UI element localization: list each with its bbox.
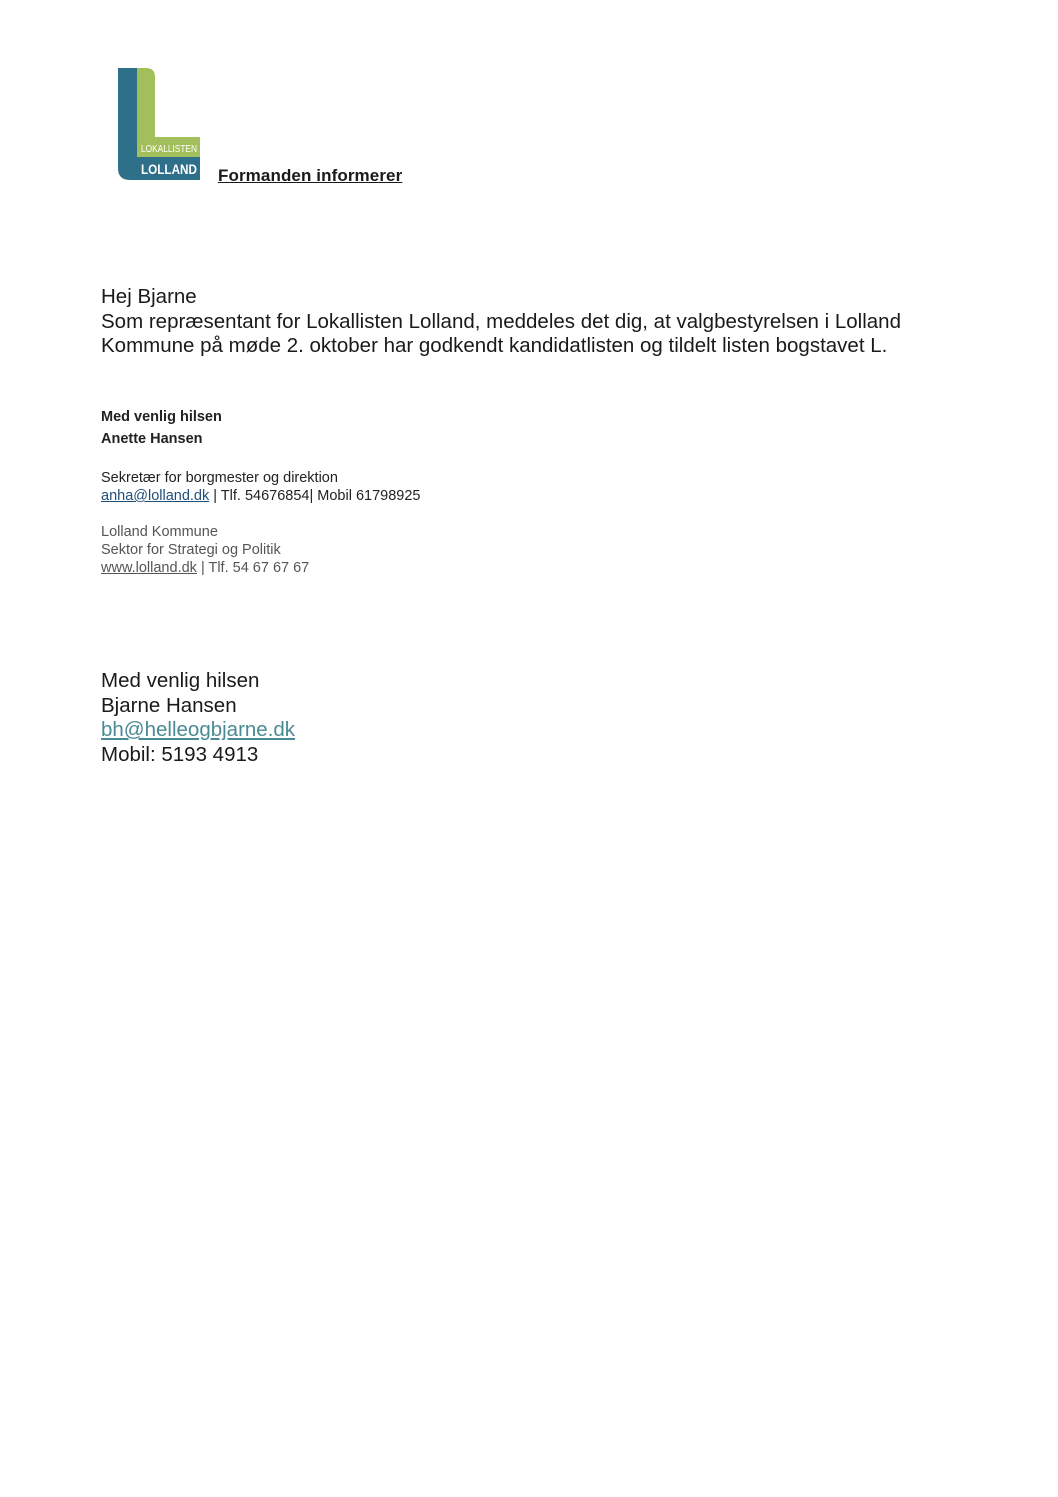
- signature-closing: Med venlig hilsen: [101, 669, 295, 694]
- quoted-org: Lolland Kommune: [101, 523, 420, 541]
- quoted-website-line: www.lolland.dk | Tlf. 54 67 67 67: [101, 559, 420, 577]
- quoted-email-link[interactable]: anha@lolland.dk: [101, 488, 209, 504]
- svg-text:LOKALLISTEN: LOKALLISTEN: [141, 144, 197, 155]
- quoted-closing: Med venlig hilsen: [101, 406, 420, 428]
- quoted-website-link[interactable]: www.lolland.dk: [101, 560, 197, 576]
- signature-email-link[interactable]: bh@helleogbjarne.dk: [101, 718, 295, 741]
- greeting: Hej Bjarne: [101, 285, 901, 310]
- quoted-signature: Med venlig hilsen Anette Hansen Sekretær…: [101, 406, 420, 577]
- quoted-phone-info: | Tlf. 54676854| Mobil 61798925: [209, 488, 420, 504]
- signature-name: Bjarne Hansen: [101, 694, 295, 719]
- quoted-name: Anette Hansen: [101, 428, 420, 450]
- signature-mobile: Mobil: 5193 4913: [101, 743, 295, 768]
- body-line: Kommune på møde 2. oktober har godkendt …: [101, 334, 901, 359]
- quoted-department: Sektor for Strategi og Politik: [101, 541, 420, 559]
- letter-body: Hej Bjarne Som repræsentant for Lokallis…: [101, 285, 901, 359]
- svg-text:LOLLAND: LOLLAND: [141, 161, 197, 177]
- quoted-website-phone: | Tlf. 54 67 67 67: [197, 560, 309, 576]
- quoted-title: Sekretær for borgmester og direktion: [101, 469, 420, 487]
- signature: Med venlig hilsen Bjarne Hansen bh@helle…: [101, 669, 295, 767]
- page-title: Formanden informerer: [218, 166, 402, 186]
- quoted-contact-line: anha@lolland.dk | Tlf. 54676854| Mobil 6…: [101, 487, 420, 505]
- lokallisten-lolland-logo: LOKALLISTEN LOLLAND: [118, 68, 200, 180]
- body-line: Som repræsentant for Lokallisten Lolland…: [101, 310, 901, 335]
